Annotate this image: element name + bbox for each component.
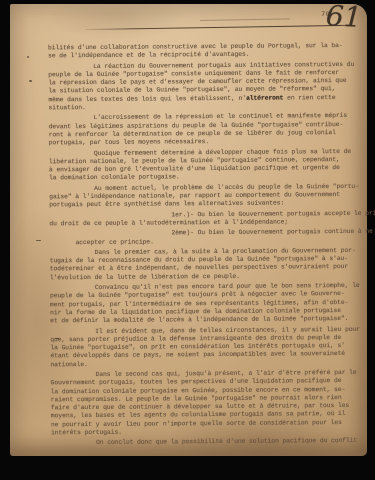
typed-text: intérêts portugais. xyxy=(51,429,122,437)
paragraph: On conclut donc que la possibilité d'une… xyxy=(51,437,365,448)
typed-text: la domination coloniale portugaise. xyxy=(49,174,180,182)
typed-text: bilités d'une collaboration constructive… xyxy=(48,42,343,51)
typed-text: et de définir la modalité de l'accès à l… xyxy=(50,315,348,324)
paper-speck xyxy=(27,56,29,58)
typed-text: l'évolution de la lutte de libération de… xyxy=(50,273,240,281)
typed-text: portugais peut être synthétisé dans les … xyxy=(49,200,284,209)
typed-text: ront à renforcer la détermination de ce … xyxy=(49,129,336,138)
typed-text: se de l'indépendance et de la réciprocit… xyxy=(48,51,249,60)
paragraph: 1er.)- Ou bien le Gouvernement portugais… xyxy=(49,209,363,228)
typed-text: On conclut donc que la possibilité d'une… xyxy=(96,437,357,446)
text-line: et de définir la modalité de l'accès à l… xyxy=(50,315,364,326)
text-line: On conclut donc que la possibilité d'une… xyxy=(51,437,365,448)
text-line: la domination coloniale portugaise. xyxy=(49,172,363,183)
text-line: accepter ce principe. xyxy=(50,236,364,247)
typed-text: ne pourrait y avoir lieu pour n'importe … xyxy=(51,419,342,428)
typed-text: étant développés dans ce pays, ne soient… xyxy=(50,350,345,359)
header-rule-faint xyxy=(200,18,290,21)
paragraph: Il est évident que, dans de telles circo… xyxy=(50,325,364,369)
document-text: bilités d'une collaboration constructive… xyxy=(48,42,365,448)
text-line: se de l'indépendance et de la réciprocit… xyxy=(48,50,362,61)
paragraph: Convaincu qu'il n'est pas encore tard po… xyxy=(50,282,364,326)
typed-text: même dans les textes des lois qui les ét… xyxy=(48,95,246,104)
typed-text: situation. xyxy=(48,104,85,111)
typed-text: 2ème)- Ou bien le Gouvernement portugais… xyxy=(171,228,375,237)
paragraph: bilités d'une collaboration constructive… xyxy=(48,42,362,61)
text-line: intérêts portugais. xyxy=(51,427,365,438)
paragraph: Dans le premier cas, à la suite à la pro… xyxy=(50,247,364,283)
overtyped-text: altéreront xyxy=(246,94,283,101)
typed-text: nationale. xyxy=(50,361,87,368)
text-line: portugais peut être synthétisé dans les … xyxy=(49,199,363,210)
text-line: l'évolution de la lutte de libération de… xyxy=(50,272,364,283)
scanned-page: 70 61 bilités d'une collaboration constr… xyxy=(10,4,367,456)
paragraph: 2ème)- Ou bien le Gouvernement portugais… xyxy=(49,228,363,247)
paper-speck xyxy=(55,338,59,339)
typed-text: accepter ce principe. xyxy=(76,238,154,246)
typed-text: todéterminer et à être indépendant, de n… xyxy=(50,263,348,272)
paragraph: La réaction du Gouvernement portugais au… xyxy=(48,60,362,112)
paragraph: Au moment actuel, le problème de l'accès… xyxy=(49,183,363,210)
paragraph: L'accroissement de la répression et le c… xyxy=(49,112,363,148)
paper-speck xyxy=(36,240,41,241)
paragraph: Quoique fermement déterminé à développer… xyxy=(49,147,363,183)
page-number-handwritten: 61 xyxy=(326,1,363,33)
typed-text: portugais, par tous les moyens nécessair… xyxy=(49,138,209,146)
text-line: du droit de ce peuple à l'autodéterminat… xyxy=(49,218,363,229)
text-line: portugais, par tous les moyens nécessair… xyxy=(49,137,363,148)
paper-speck xyxy=(29,80,32,82)
typed-text: à envisager de bon gré l'éventualité d'u… xyxy=(49,164,340,173)
paragraph: Dans le second cas qui, jusqu'à présent,… xyxy=(51,369,366,438)
typed-text: du droit de ce peuple à l'autodéterminat… xyxy=(49,218,288,227)
typed-text: gaise" à l'indépendance nationale, par r… xyxy=(49,191,340,200)
header-rule xyxy=(85,25,353,30)
typed-text: en rien cette xyxy=(283,94,335,101)
typed-text: 1er.)- Ou bien le Gouvernement portugais… xyxy=(171,209,375,218)
